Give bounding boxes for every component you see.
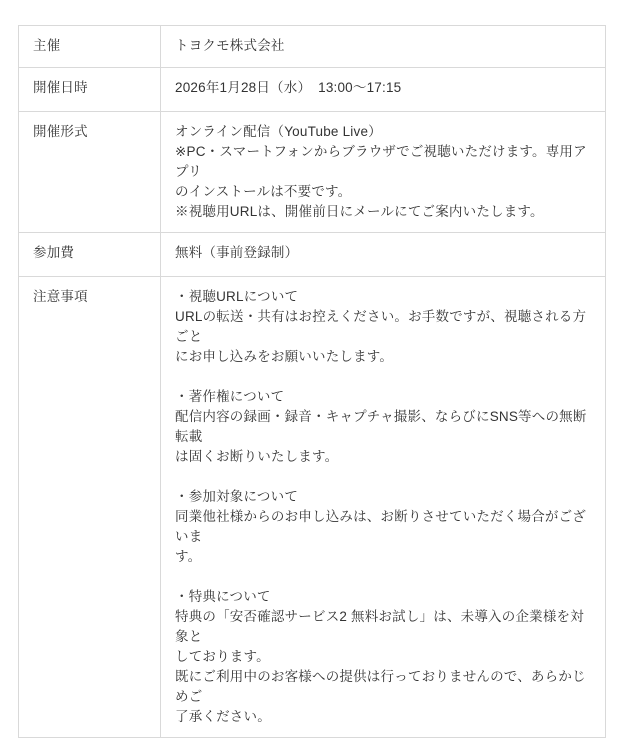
- table-row-format: 開催形式 オンライン配信（YouTube Live） ※PC・スマートフォンから…: [19, 112, 605, 233]
- event-info-table: 主催 トヨクモ株式会社 開催日時 2026年1月28日（水） 13:00〜17:…: [18, 25, 606, 738]
- table-row-datetime: 開催日時 2026年1月28日（水） 13:00〜17:15: [19, 68, 605, 112]
- paragraph-eligibility: ・参加対象について 同業他社様からのお申し込みは、お断りさせていただく場合がござ…: [175, 487, 591, 567]
- text-line: 同業他社様からのお申し込みは、お断りさせていただく場合がございま: [175, 507, 591, 547]
- row-label-datetime: 開催日時: [19, 68, 161, 111]
- text-line: トヨクモ株式会社: [175, 36, 591, 56]
- text-line: にお申し込みをお願いいたします。: [175, 347, 591, 367]
- text-line: は固くお断りいたします。: [175, 447, 591, 467]
- table-row-fee: 参加費 無料（事前登録制）: [19, 233, 605, 277]
- row-value-datetime: 2026年1月28日（水） 13:00〜17:15: [161, 68, 605, 111]
- text-line: ・著作権について: [175, 387, 591, 407]
- paragraph: 2026年1月28日（水） 13:00〜17:15: [175, 78, 591, 98]
- table-row-notes: 注意事項 ・視聴URLについて URLの転送・共有はお控えください。お手数ですが…: [19, 277, 605, 737]
- text-line: 了承ください。: [175, 707, 591, 727]
- text-line: ※視聴用URLは、開催前日にメールにてご案内いたします。: [175, 202, 591, 222]
- row-label-fee: 参加費: [19, 233, 161, 276]
- text-line: ・参加対象について: [175, 487, 591, 507]
- text-line: ・特典について: [175, 587, 591, 607]
- paragraph-viewing-url: ・視聴URLについて URLの転送・共有はお控えください。お手数ですが、視聴され…: [175, 287, 591, 367]
- text-line: しております。: [175, 647, 591, 667]
- paragraph-benefit: ・特典について 特典の「安否確認サービス2 無料お試し」は、未導入の企業様を対象…: [175, 587, 591, 727]
- row-label-format: 開催形式: [19, 112, 161, 232]
- text-line: す。: [175, 547, 591, 567]
- text-line: URLの転送・共有はお控えください。お手数ですが、視聴される方ごと: [175, 307, 591, 347]
- page: 主催 トヨクモ株式会社 開催日時 2026年1月28日（水） 13:00〜17:…: [0, 0, 635, 640]
- row-value-format: オンライン配信（YouTube Live） ※PC・スマートフォンからブラウザで…: [161, 112, 605, 232]
- paragraph: トヨクモ株式会社: [175, 36, 591, 56]
- row-label-organizer: 主催: [19, 26, 161, 67]
- paragraph: 無料（事前登録制）: [175, 243, 591, 263]
- text-line: ※PC・スマートフォンからブラウザでご視聴いただけます。専用アプリ: [175, 142, 591, 182]
- row-label-notes: 注意事項: [19, 277, 161, 737]
- text-line: ・視聴URLについて: [175, 287, 591, 307]
- row-value-fee: 無料（事前登録制）: [161, 233, 605, 276]
- text-line: 配信内容の録画・録音・キャプチャ撮影、ならびにSNS等への無断転載: [175, 407, 591, 447]
- text-line: オンライン配信（YouTube Live）: [175, 122, 591, 142]
- text-line: のインストールは不要です。: [175, 182, 591, 202]
- text-line: 既にご利用中のお客様への提供は行っておりませんので、あらかじめご: [175, 667, 591, 707]
- paragraph-copyright: ・著作権について 配信内容の録画・録音・キャプチャ撮影、ならびにSNS等への無断…: [175, 387, 591, 467]
- text-line: 無料（事前登録制）: [175, 243, 591, 263]
- row-value-notes: ・視聴URLについて URLの転送・共有はお控えください。お手数ですが、視聴され…: [161, 277, 605, 737]
- text-line: 特典の「安否確認サービス2 無料お試し」は、未導入の企業様を対象と: [175, 607, 591, 647]
- table-row-organizer: 主催 トヨクモ株式会社: [19, 26, 605, 68]
- row-value-organizer: トヨクモ株式会社: [161, 26, 605, 67]
- paragraph: オンライン配信（YouTube Live） ※PC・スマートフォンからブラウザで…: [175, 122, 591, 222]
- text-line: 2026年1月28日（水） 13:00〜17:15: [175, 78, 591, 98]
